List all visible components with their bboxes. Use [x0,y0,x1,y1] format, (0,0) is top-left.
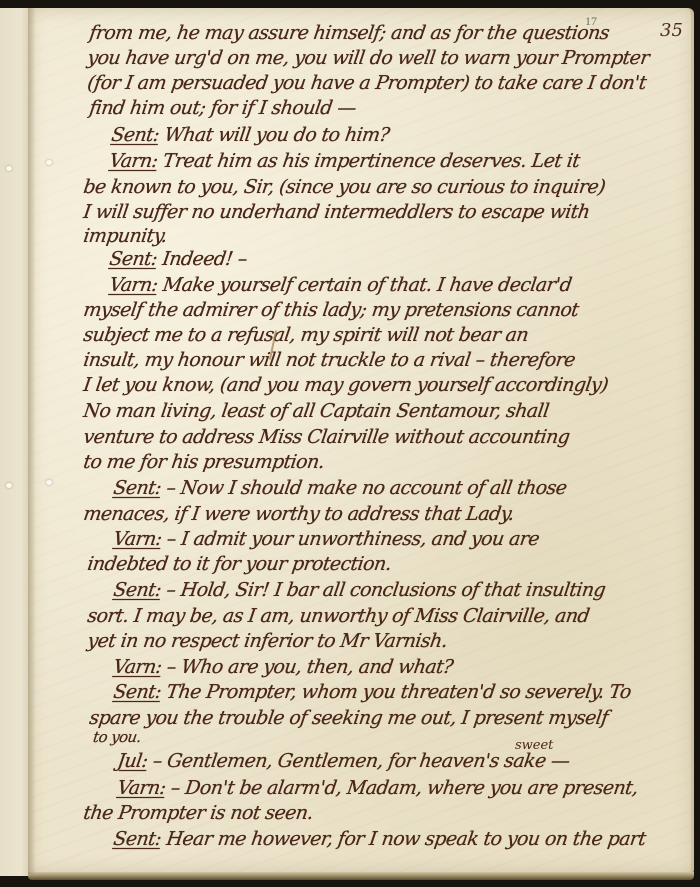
line-text: – Now I should make no account of all th… [160,477,569,499]
line-text: – Hold, Sir! I bar all conclusions of th… [160,579,607,601]
text-line: to you. [92,728,142,746]
line-text: menaces, if I were worthy to address tha… [82,503,515,525]
text-line: Jul: – Gentlemen, Gentlemen, for heaven'… [116,750,571,772]
speaker-name: Varn: [116,777,167,799]
speaker-name: Varn: [108,150,159,172]
facing-page-edge [0,8,31,876]
line-text: you have urg'd on me, you will do well t… [86,47,650,69]
line-text: (for I am persuaded you have a Prompter)… [86,72,648,94]
text-line: Sent: The Prompter, whom you threaten'd … [112,681,632,703]
text-line: venture to address Miss Clairville witho… [82,426,571,448]
text-line: subject me to a refusal, my spirit will … [82,324,530,346]
speaker-name: Sent: [112,579,163,601]
line-text: to me for his presumption. [82,451,326,473]
line-text: What will you do to him? [158,124,391,146]
text-line: sort. I may be, as I am, unworthy of Mis… [86,605,591,627]
text-line: (for I am persuaded you have a Prompter)… [86,72,648,94]
line-text: Treat him as his impertinence deserves. … [156,150,581,172]
speaker-name: Sent: [108,248,159,270]
stitch-hole [46,160,52,165]
gutter-shadow [28,8,36,874]
text-line: Varn: Make yourself certain of that. I h… [108,274,573,296]
text-line: Varn: Treat him as his impertinence dese… [108,150,581,172]
speaker-name: Sent: [110,124,161,146]
text-line: Varn: – I admit your unworthiness, and y… [112,528,541,550]
speaker-name: Jul: [116,750,149,772]
line-text: subject me to a refusal, my spirit will … [82,324,530,346]
line-text: to you. [92,728,142,746]
line-text: insult, my honour will not truckle to a … [82,349,576,371]
text-line: I let you know, (and you may govern your… [82,374,609,396]
text-line: myself the admirer of this lady; my pret… [82,299,580,321]
text-line: Varn: – Who are you, then, and what? [112,656,454,678]
line-text: Hear me however, for I now speak to you … [160,828,648,850]
text-line: yet in no respect inferior to Mr Varnish… [86,630,449,652]
text-line: impunity. [82,225,168,247]
interlinear-insertion: sweet [515,738,553,753]
line-text: No man living, least of all Captain Sent… [82,400,550,422]
speaker-name: Sent: [112,477,163,499]
text-line: from me, he may assure himself; and as f… [88,22,611,44]
line-text: venture to address Miss Clairville witho… [82,426,571,448]
text-line: spare you the trouble of seeking me out,… [88,707,609,729]
text-line: Varn: – Don't be alarm'd, Madam, where y… [116,777,639,799]
text-line: to me for his presumption. [82,451,326,473]
text-line: No man living, least of all Captain Sent… [82,400,550,422]
line-text: I let you know, (and you may govern your… [82,374,609,396]
text-line: indebted to it for your protection. [86,553,393,575]
stitch-hole [6,166,12,171]
line-text: – Gentlemen, Gentlemen, for heaven's sak… [146,750,571,772]
line-text: indebted to it for your protection. [86,553,393,575]
text-line: menaces, if I were worthy to address tha… [82,503,515,525]
page-number: 35 [660,20,683,41]
line-text: sort. I may be, as I am, unworthy of Mis… [86,605,591,627]
text-line: be known to you, Sir, (since you are so … [82,176,607,198]
line-text: Make yourself certain of that. I have de… [156,274,573,296]
text-line: I will suffer no underhand intermeddlers… [82,201,591,223]
text-line: Sent: Indeed! – [108,248,248,270]
line-text: the Prompter is not seen. [82,802,314,824]
speaker-name: Sent: [112,681,163,703]
line-text: The Prompter, whom you threaten'd so sev… [160,681,633,703]
text-line: Sent: – Now I should make no account of … [112,477,568,499]
text-line: you have urg'd on me, you will do well t… [86,47,650,69]
line-text: I will suffer no underhand intermeddlers… [82,201,591,223]
text-line: Sent: What will you do to him? [110,124,391,146]
text-line: Sent: Hear me however, for I now speak t… [112,828,647,850]
line-text: from me, he may assure himself; and as f… [88,22,611,44]
line-text: spare you the trouble of seeking me out,… [88,707,609,729]
stitch-hole [46,480,52,485]
line-text: be known to you, Sir, (since you are so … [82,176,607,198]
line-text: Indeed! – [156,248,249,270]
line-text: find him out; for if I should — [88,97,357,119]
speaker-name: Varn: [112,656,163,678]
speaker-name: Varn: [112,528,163,550]
line-text: – Don't be alarm'd, Madam, where you are… [164,777,639,799]
text-line: insult, my honour will not truckle to a … [82,349,576,371]
line-text: – I admit your unworthiness, and you are [160,528,541,550]
line-text: – Who are you, then, and what? [160,656,454,678]
text-line: the Prompter is not seen. [82,802,314,824]
speaker-name: Varn: [108,274,159,296]
stitch-hole [6,483,12,488]
speaker-name: Sent: [112,828,163,850]
line-text: impunity. [82,225,168,247]
text-line: Sent: – Hold, Sir! I bar all conclusions… [112,579,607,601]
text-line: find him out; for if I should — [88,97,357,119]
line-text: myself the admirer of this lady; my pret… [82,299,580,321]
line-text: yet in no respect inferior to Mr Varnish… [86,630,449,652]
manuscript-viewer: 17 35 from me, he may assure himself; an… [0,0,700,887]
